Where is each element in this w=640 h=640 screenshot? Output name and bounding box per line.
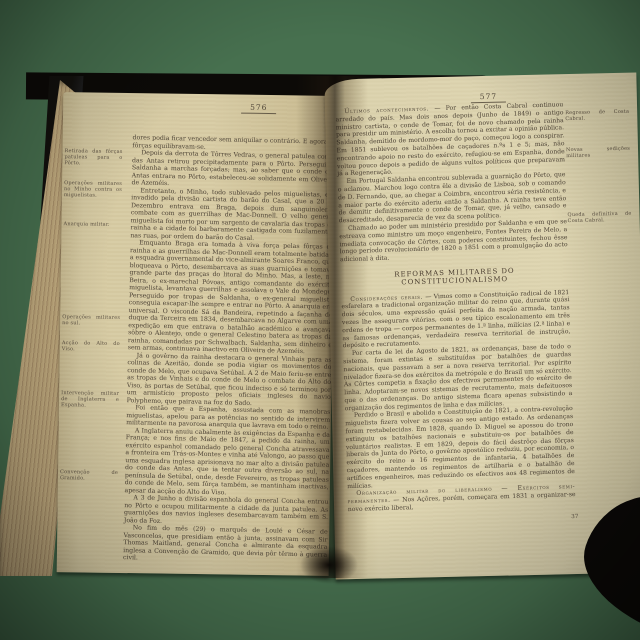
- paragraph: No fim do mês (29) o marquês de Loulé e …: [123, 524, 328, 566]
- paragraph: A 3 de Junho a divisão espanhola do gene…: [124, 494, 329, 529]
- paragraph: Depois da derrota de Tôrres Vedras, o ge…: [131, 149, 335, 191]
- paragraph: Em Portugal Saldanha encontrou sublevada…: [337, 171, 566, 225]
- gutter-bottom-shadow: [300, 546, 358, 584]
- margin-note: Retirada das fôrças patuleas para o Pôrt…: [64, 148, 122, 167]
- paragraph: Últimos acontecimentos. — Por então Cost…: [335, 101, 565, 178]
- margin-note: Intervenção militar de Inglaterra e Espa…: [61, 390, 119, 409]
- signature-number: 37: [571, 514, 578, 520]
- section-heading: REFORMAS MILITARES DO CONSTITUCIONALISMO: [340, 266, 568, 289]
- paragraph: Considerações gerais. — Vimos como a Con…: [341, 289, 571, 351]
- margin-note: Acção do Alto do Viso.: [62, 340, 120, 353]
- margin-note: Novas sedições militares: [566, 146, 630, 160]
- paragraph: Perdido o Brasil e abolida a Constituiçã…: [345, 406, 575, 491]
- margin-note: Queda definitiva de Costa Cabral.: [567, 211, 631, 225]
- left-text-column: dores podia ficar vencedor sem aniquilar…: [123, 134, 335, 566]
- left-page-content: 576 Retirada das fôrças patuleas para o …: [57, 92, 336, 576]
- right-page-number: 577: [471, 91, 507, 103]
- right-page: 577 Regresso de Costa Cabral. Novas sedi…: [324, 73, 640, 580]
- margin-note: Regresso de Costa Cabral.: [565, 109, 629, 123]
- paragraph: Por carta de lei de Agosto de 1821, as o…: [343, 343, 573, 413]
- paragraph: Entretanto, o Minho, todo sublevado pelo…: [130, 187, 335, 244]
- margin-note: Convenção de Gramido.: [60, 469, 118, 482]
- right-page-content: 577 Regresso de Costa Cabral. Novas sedi…: [324, 73, 640, 580]
- left-page: 576 Retirada das fôrças patuleas para o …: [57, 92, 336, 576]
- paragraph: Chamado ao poder um ministério presidido…: [339, 218, 568, 264]
- margin-note: Operações militares no Minho contra os m…: [64, 180, 122, 199]
- book-photo: 576 Retirada das fôrças patuleas para o …: [0, 0, 640, 640]
- margin-note: Anarquia militar.: [63, 221, 121, 228]
- left-page-number: 576: [241, 103, 276, 114]
- paragraph: A Inglaterra anuiu cabalmente às exigênc…: [124, 427, 329, 499]
- paragraph: Já o govêrno da rainha destacara o gener…: [127, 352, 332, 409]
- margin-note: Operações militares no sul.: [62, 314, 120, 327]
- paragraph: Emquanto Braga era tomada à viva força p…: [128, 239, 334, 356]
- right-text-column: Últimos acontecimentos. — Por então Cost…: [335, 101, 576, 514]
